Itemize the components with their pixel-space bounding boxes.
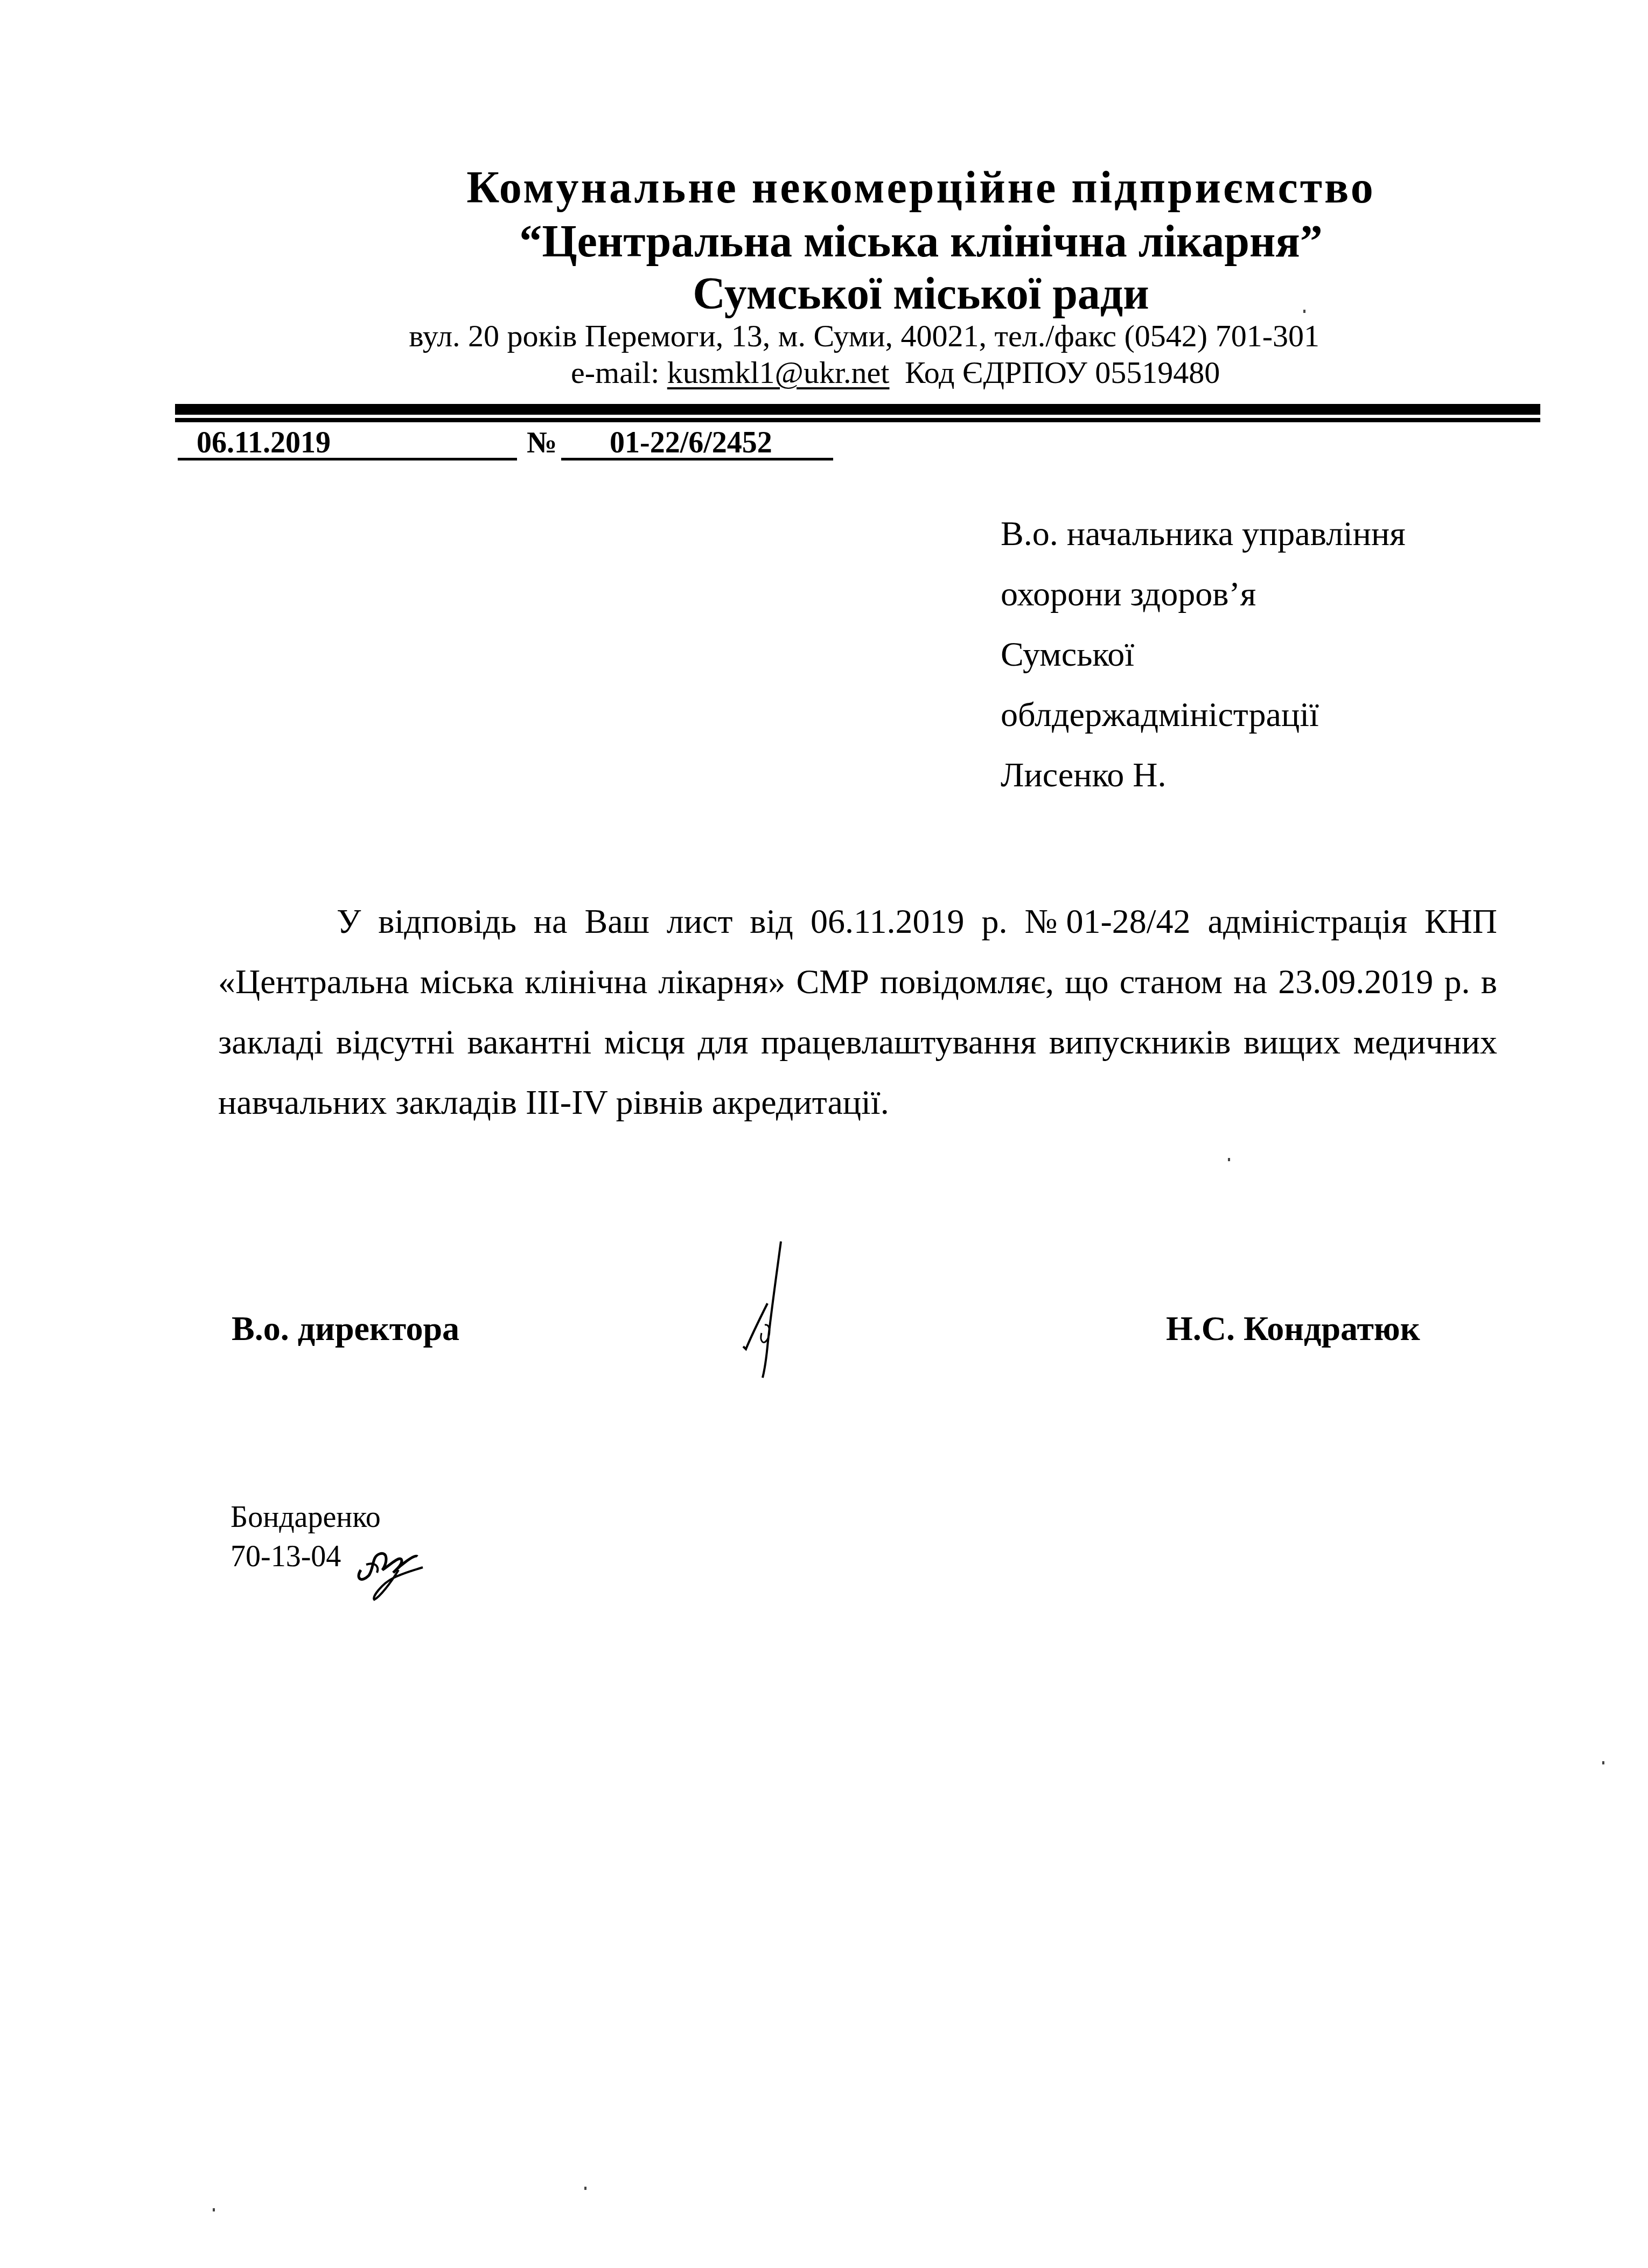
scan-speck [213,2208,215,2211]
outgoing-number-field: 01-22/6/2452 [561,425,833,460]
executor-phone: 70-13-04 [231,1539,341,1574]
org-contacts: e-mail: kusmkl1@ukr.net Код ЄДРПОУ 05519… [571,354,1220,390]
outgoing-date: 06.11.2019 [178,426,331,459]
email-label: e-mail: [571,355,659,390]
executor-name: Бондаренко [231,1500,381,1534]
addressee-line: охорони здоров’я [1001,564,1406,624]
email-link[interactable]: kusmkl1@ukr.net [667,355,897,390]
scan-speck [584,2187,586,2190]
addressee-line: В.о. начальника управління [1001,504,1406,564]
org-address: вул. 20 років Перемоги, 13, м. Суми, 400… [372,318,1319,354]
org-name-line-1: Комунальне некомерційне підприємство [97,162,1648,214]
scan-speck [1228,1158,1230,1161]
addressee-line: Лисенко Н. [1001,745,1406,805]
letterhead-rule-thin [175,418,1540,422]
signatory-title: В.о. директора [232,1309,459,1349]
org-name-line-3: Сумської міської ради [97,268,1648,320]
number-sign: № [527,425,557,460]
outgoing-date-field: 06.11.2019 [178,425,517,460]
addressee-line: Сумської [1001,624,1406,685]
letter-body: У відповідь на Ваш лист від 06.11.2019 р… [218,891,1497,1133]
outgoing-number: 01-22/6/2452 [561,426,772,459]
signatory-name: Н.С. Кондратюк [1166,1309,1420,1349]
handwritten-signature-icon [700,1239,797,1379]
org-name-line-2: “Центральна міська клінічна лікарня” [97,215,1648,268]
addressee-line: облдержадміністрації [1001,685,1406,745]
edrpou-code: Код ЄДРПОУ 05519480 [905,355,1220,390]
scan-speck [1602,1761,1604,1764]
letterhead-rule-thick [175,404,1540,415]
addressee-block: В.о. начальника управління охорони здоро… [1001,504,1406,805]
handwritten-initials-icon [350,1532,431,1602]
scan-speck [1303,310,1305,313]
